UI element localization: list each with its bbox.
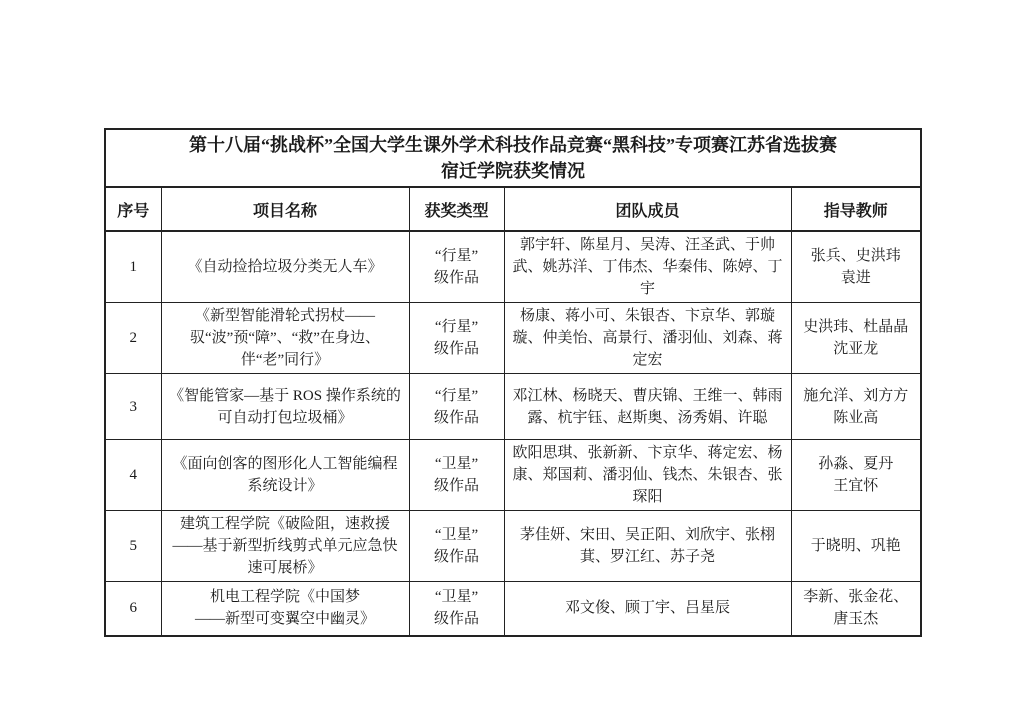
- col-header-advisors: 指导教师: [791, 187, 921, 231]
- cell-award: “行星” 级作品: [409, 231, 504, 303]
- cell-project: 《自动捡拾垃圾分类无人车》: [161, 231, 409, 303]
- cell-advisors: 张兵、史洪玮 袁进: [791, 231, 921, 303]
- table-row: 4 《面向创客的图形化人工智能编程系统设计》 “卫星” 级作品 欧阳思琪、张新新…: [105, 440, 921, 511]
- cell-members: 邓文俊、顾丁宇、吕星辰: [504, 582, 791, 636]
- col-header-members: 团队成员: [504, 187, 791, 231]
- title-row: 第十八届“挑战杯”全国大学生课外学术科技作品竞赛“黑科技”专项赛江苏省选拔赛 宿…: [105, 129, 921, 187]
- cell-advisors: 李新、张金花、 唐玉杰: [791, 582, 921, 636]
- cell-project: 《面向创客的图形化人工智能编程系统设计》: [161, 440, 409, 511]
- header-row: 序号 项目名称 获奖类型 团队成员 指导教师: [105, 187, 921, 231]
- table-title-line2: 宿迁学院获奖情况: [116, 158, 910, 184]
- col-header-award: 获奖类型: [409, 187, 504, 231]
- cell-award: “行星” 级作品: [409, 374, 504, 440]
- cell-members: 邓江林、杨晓天、曹庆锦、王维一、韩雨露、杭宇钰、赵斯奥、汤秀娟、许聪: [504, 374, 791, 440]
- cell-members: 杨康、蒋小可、朱银杏、卞京华、郭璇璇、仲美怡、高景行、潘羽仙、刘森、蒋定宏: [504, 303, 791, 374]
- table-row: 5 建筑工程学院《破险阻，速救援——基于新型折线剪式单元应急快速可展桥》 “卫星…: [105, 511, 921, 582]
- cell-members: 欧阳思琪、张新新、卞京华、蒋定宏、杨康、郑国莉、潘羽仙、钱杰、朱银杏、张琛阳: [504, 440, 791, 511]
- cell-advisors: 孙淼、夏丹 王宜怀: [791, 440, 921, 511]
- table-title-line1: 第十八届“挑战杯”全国大学生课外学术科技作品竞赛“黑科技”专项赛江苏省选拔赛: [116, 132, 910, 158]
- cell-no: 6: [105, 582, 161, 636]
- cell-members: 茅佳妍、宋田、吴正阳、刘欣宇、张栩萁、罗江红、苏子尧: [504, 511, 791, 582]
- cell-advisors: 史洪玮、杜晶晶 沈亚龙: [791, 303, 921, 374]
- cell-advisors: 施允洋、刘方方 陈业高: [791, 374, 921, 440]
- cell-award: “卫星” 级作品: [409, 582, 504, 636]
- col-header-no: 序号: [105, 187, 161, 231]
- cell-no: 1: [105, 231, 161, 303]
- cell-project: 机电工程学院《中国梦 ——新型可变翼空中幽灵》: [161, 582, 409, 636]
- cell-award: “行星” 级作品: [409, 303, 504, 374]
- cell-award: “卫星” 级作品: [409, 440, 504, 511]
- cell-no: 2: [105, 303, 161, 374]
- cell-project: 建筑工程学院《破险阻，速救援——基于新型折线剪式单元应急快速可展桥》: [161, 511, 409, 582]
- table-title: 第十八届“挑战杯”全国大学生课外学术科技作品竞赛“黑科技”专项赛江苏省选拔赛 宿…: [105, 129, 921, 187]
- cell-no: 4: [105, 440, 161, 511]
- cell-no: 3: [105, 374, 161, 440]
- col-header-project: 项目名称: [161, 187, 409, 231]
- cell-project: 《新型智能滑轮式拐杖——驭“波”预“障”、“救”在身边、伴“老”同行》: [161, 303, 409, 374]
- cell-project: 《智能管家—基于 ROS 操作系统的可自动打包垃圾桶》: [161, 374, 409, 440]
- cell-members: 郭宇轩、陈星月、吴涛、汪圣武、于帅武、姚苏洋、丁伟杰、华秦伟、陈婷、丁宇: [504, 231, 791, 303]
- table-row: 3 《智能管家—基于 ROS 操作系统的可自动打包垃圾桶》 “行星” 级作品 邓…: [105, 374, 921, 440]
- table-row: 2 《新型智能滑轮式拐杖——驭“波”预“障”、“救”在身边、伴“老”同行》 “行…: [105, 303, 921, 374]
- cell-award: “卫星” 级作品: [409, 511, 504, 582]
- award-table: 第十八届“挑战杯”全国大学生课外学术科技作品竞赛“黑科技”专项赛江苏省选拔赛 宿…: [104, 128, 922, 637]
- table-row: 1 《自动捡拾垃圾分类无人车》 “行星” 级作品 郭宇轩、陈星月、吴涛、汪圣武、…: [105, 231, 921, 303]
- cell-advisors: 于晓明、巩艳: [791, 511, 921, 582]
- cell-no: 5: [105, 511, 161, 582]
- table-row: 6 机电工程学院《中国梦 ——新型可变翼空中幽灵》 “卫星” 级作品 邓文俊、顾…: [105, 582, 921, 636]
- document-page: 第十八届“挑战杯”全国大学生课外学术科技作品竞赛“黑科技”专项赛江苏省选拔赛 宿…: [0, 0, 1024, 724]
